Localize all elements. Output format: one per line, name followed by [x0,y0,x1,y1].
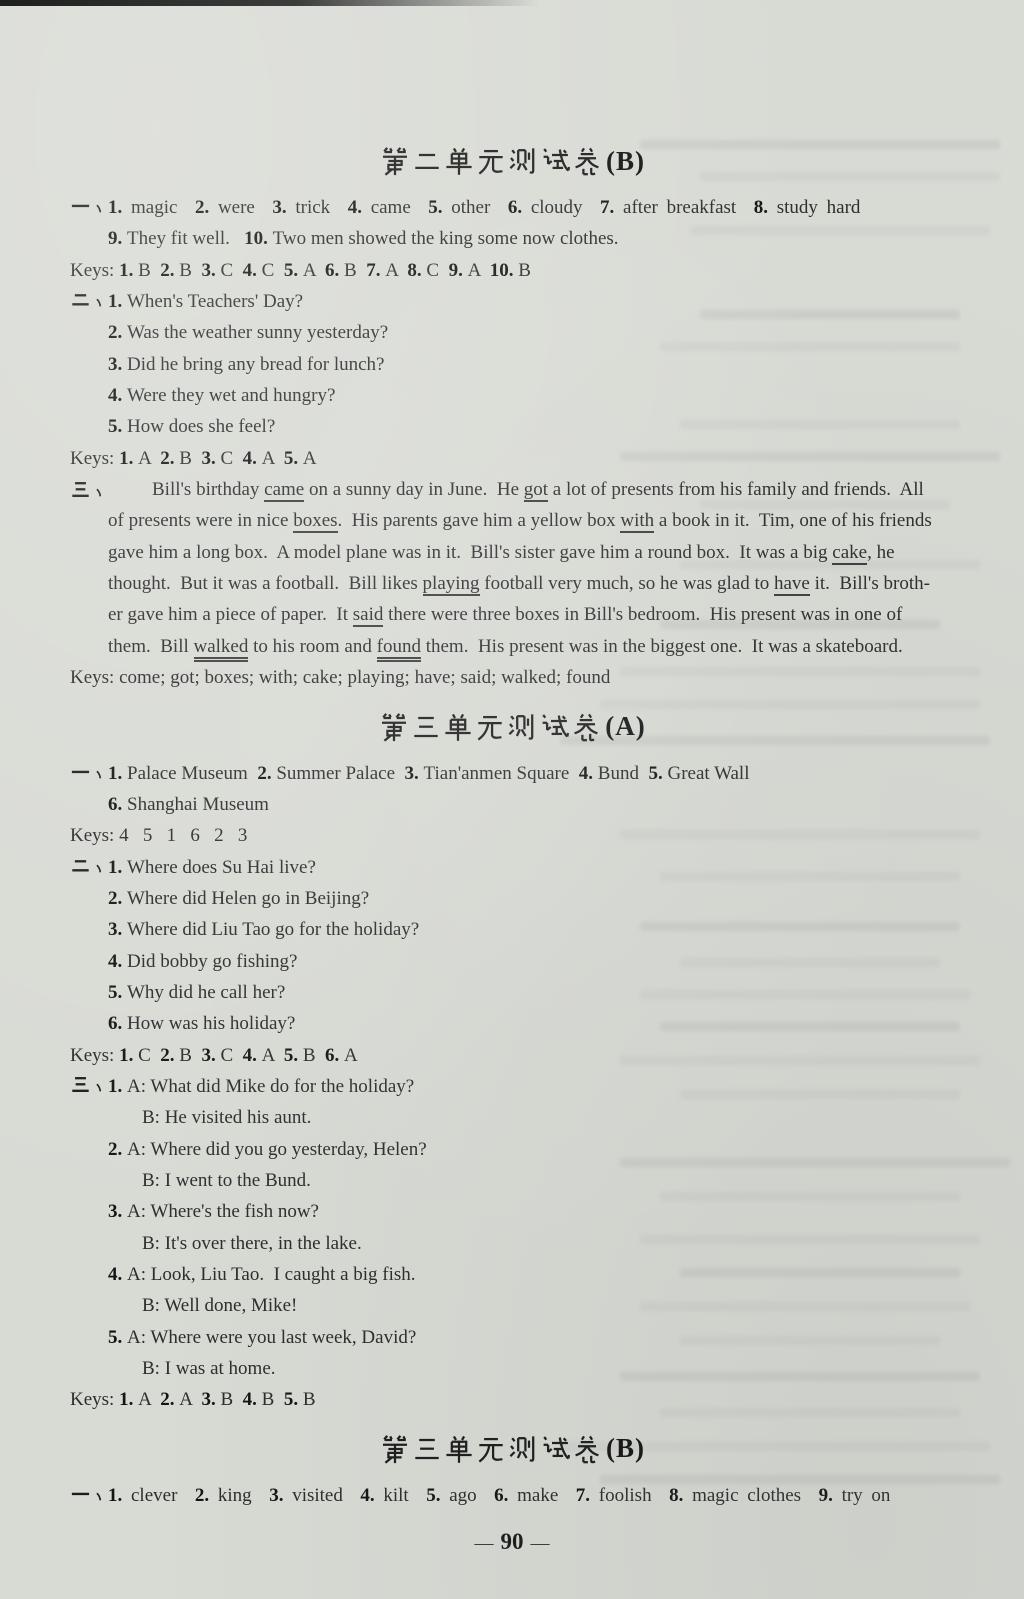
item-number: 5. [426,1485,449,1506]
item-number: 6. [108,794,127,815]
cjk-glyph [93,1082,105,1094]
cjk-glyph [508,146,538,176]
text-run: study hard [777,197,861,218]
item-number: 7. [600,197,623,218]
item-number: 1. [108,1076,127,1097]
text-line: 6. Shanghai Museum [108,789,1024,820]
text-run: Keys: [70,1045,119,1066]
text-run: A [344,1045,358,1066]
text-run: Were they wet and hungry? [127,385,335,406]
page-number-value: 90 [501,1529,524,1555]
text-run: B [179,448,201,469]
item-number: 4. [360,1485,383,1506]
item-number: 4. [108,951,127,972]
item-number: 10. [490,260,519,281]
section-marker [70,852,108,883]
item-number: 7. [576,1485,599,1506]
underlined-answer-word: playing [423,573,480,596]
text-run: A [138,1389,160,1410]
text-run: it. Bill's broth- [810,573,930,594]
text-run: ago [449,1485,494,1506]
text-run: Two men showed the king some now clothes… [273,228,619,249]
text-line: 2. A: Where did you go yesterday, Helen? [108,1134,1024,1165]
item-number: 5. [648,763,667,784]
cjk-glyph [540,146,570,176]
text-run: C [220,448,242,469]
cjk-glyph [571,712,601,742]
item-number: 8. [669,1485,692,1506]
underlined-answer-word: got [524,479,548,502]
cjk-glyph [539,712,569,742]
text-run: C [262,260,284,281]
text-line: 1. clever 2. king 3. visited 4. kilt 5. … [70,1480,1024,1511]
section-title: (B) [0,1428,1024,1470]
text-line: 1. A: What did Mike do for the holiday? [70,1071,1024,1102]
item-number: 6. [494,1485,517,1506]
item-number: 4. [243,1045,262,1066]
text-run: were [218,197,272,218]
text-run: king [218,1485,269,1506]
text-run: Palace Museum [127,763,257,784]
passage-line: er gave him a piece of paper. It said th… [108,599,1024,630]
text-run: C [426,260,448,281]
passage-line: them. Bill walked to his room and found … [108,631,1024,662]
text-run: trick [295,197,347,218]
text-line: 2. Where did Helen go in Beijing? [108,883,1024,914]
item-number: 1. [119,1389,138,1410]
item-number: 3. [201,260,220,281]
item-number: 3. [201,1389,220,1410]
item-number: 8. [754,197,777,218]
text-line: 6. How was his holiday? [108,1008,1024,1039]
text-run: them. Bill [108,636,194,657]
cjk-glyph [380,1434,410,1464]
text-run: When's Teachers' Day? [127,291,303,312]
text-run: A [262,448,284,469]
item-number: 4. [348,197,371,218]
cjk-glyph [572,146,602,176]
item-number: 1. [108,197,131,218]
cjk-glyph [70,1483,91,1504]
text-run: kilt [383,1485,426,1506]
text-run: Where does Su Hai live? [127,857,316,878]
text-run: Great Wall [667,763,749,784]
text-run: thought. But it was a football. Bill lik… [108,573,423,594]
item-number: 5. [284,448,303,469]
footer-dash: — [475,1533,494,1555]
item-number: 9. [449,260,468,281]
underlined-answer-word: found [377,636,421,662]
item-number: 3. [108,354,127,375]
text-line: 1. magic 2. were 3. trick 4. came 5. oth… [70,192,1024,223]
cjk-glyph [93,487,105,499]
item-number: 1. [108,857,127,878]
text-line: 9. They fit well. 10. Two men showed the… [108,223,1024,254]
section-title-suffix: (A) [605,711,645,742]
passage-lines: Bill's birthday came on a sunny day in J… [108,474,1024,662]
item-number: 8. [407,260,426,281]
cjk-glyph [93,769,105,781]
item-number: 9. [108,228,127,249]
text-run: A [138,448,160,469]
item-number: 5. [284,260,303,281]
text-line: 3. Did he bring any bread for lunch? [108,349,1024,380]
text-run: Tian'anmen Square [424,763,579,784]
answer-keys-line: Keys: 1. A 2. B 3. C 4. A 5. A [70,443,1024,474]
text-line: 2. Was the weather sunny yesterday? [108,317,1024,348]
text-line: 4. A: Look, Liu Tao. I caught a big fish… [108,1259,1024,1290]
text-line: 4. Were they wet and hungry? [108,380,1024,411]
item-number: 4. [243,448,262,469]
text-run: magic clothes [692,1485,819,1506]
text-run: C [220,260,242,281]
answer-keys-line: Keys: 1. B 2. B 3. C 4. C 5. A 6. B 7. A… [70,255,1024,286]
cjk-glyph [70,479,91,500]
answer-keys-line: Keys: 1. C 2. B 3. C 4. A 5. B 6. A [70,1040,1024,1071]
item-number: 1. [108,763,127,784]
text-run: B: It's over there, in the lake. [142,1233,362,1254]
text-run: . His parents gave him a yellow box [338,510,621,531]
text-run: there were three boxes in Bill's bedroom… [383,604,902,625]
text-run: after breakfast [623,197,754,218]
underlined-answer-word: came [264,479,304,502]
section-marker [70,286,108,317]
cjk-glyph [93,1491,105,1503]
workbook-answer-page: (B)1. magic 2. were 3. trick 4. came 5. … [0,0,1024,1555]
section-marker [70,1071,108,1102]
text-run: a lot of presents from his family and fr… [548,479,924,500]
text-line: 5. A: Where were you last week, David? [108,1322,1024,1353]
cjk-glyph [572,1434,602,1464]
item-number: 9. [819,1485,842,1506]
item-number: 2. [108,322,127,343]
text-line: 3. Where did Liu Tao go for the holiday? [108,914,1024,945]
text-run: foolish [599,1485,669,1506]
text-run: Keys: [70,448,119,469]
item-number: 6. [108,1013,127,1034]
text-run: A: Where were you last week, David? [127,1327,416,1348]
section-marker [70,1480,108,1511]
cjk-glyph [93,203,105,215]
text-line: 5. Why did he call her? [108,977,1024,1008]
text-run: Bund [598,763,649,784]
text-line: 1. When's Teachers' Day? [70,286,1024,317]
text-line: B: I was at home. [142,1353,1024,1384]
item-number: 5. [108,982,127,1003]
cjk-glyph [475,712,505,742]
item-number: 1. [108,291,127,312]
item-number: 2. [160,1389,179,1410]
cjk-glyph [540,1434,570,1464]
text-run: A [179,1389,201,1410]
text-run: Bill's birthday [152,479,264,500]
text-run: a book in it. Tim, one of his friends [654,510,932,531]
text-run: Shanghai Museum [127,794,269,815]
text-line: 3. A: Where's the fish now? [108,1196,1024,1227]
text-run: of presents were in nice [108,510,293,531]
item-number: 2. [195,197,218,218]
cjk-glyph [476,146,506,176]
item-number: 4. [243,1389,262,1410]
text-run: try on [842,1485,891,1506]
item-number: 4. [243,260,262,281]
text-run: Where did Helen go in Beijing? [127,888,369,909]
text-run: visited [292,1485,360,1506]
item-number: 3. [201,448,220,469]
text-run: A: Where's the fish now? [127,1201,319,1222]
cjk-glyph [70,1074,91,1095]
text-run: them. His present was in the biggest one… [421,636,903,657]
item-number: 2. [160,260,179,281]
item-number: 2. [160,1045,179,1066]
cjk-glyph [93,297,105,309]
text-run: B [262,1389,284,1410]
text-run: B [518,260,531,281]
text-run: A: What did Mike do for the holiday? [127,1076,414,1097]
item-number: 2. [160,448,179,469]
text-run: B [303,1389,316,1410]
underlined-answer-word: cake [832,542,867,565]
text-run: on a sunny day in June. He [304,479,524,500]
footer-dash: — [531,1533,550,1555]
text-run: magic [131,197,195,218]
text-run: 4 5 1 6 2 3 [119,825,247,846]
cjk-glyph [411,712,441,742]
text-run: Was the weather sunny yesterday? [127,322,388,343]
passage-line: Bill's birthday came on a sunny day in J… [108,474,1024,505]
text-run: to his room and [248,636,376,657]
underlined-answer-word: have [774,573,810,596]
underlined-answer-word: said [353,604,384,627]
underlined-answer-word: with [620,510,654,533]
item-number: 3. [272,197,295,218]
section-marker [70,192,108,223]
passage-line: gave him a long box. A model plane was i… [108,537,1024,568]
text-run: football very much, so he was glad to [480,573,774,594]
text-run: Did he bring any bread for lunch? [127,354,384,375]
text-line: B: It's over there, in the lake. [142,1228,1024,1259]
passage-line: thought. But it was a football. Bill lik… [108,568,1024,599]
text-run: C [138,1045,160,1066]
underlined-answer-word: walked [194,636,249,662]
text-run: Summer Palace [276,763,404,784]
answer-keys-line: Keys: 1. A 2. A 3. B 4. B 5. B [70,1384,1024,1415]
cjk-glyph [380,146,410,176]
text-run: B: I went to the Bund. [142,1170,311,1191]
text-run: make [517,1485,576,1506]
text-run: A: Where did you go yesterday, Helen? [127,1139,427,1160]
section-marker [70,758,108,789]
item-number: 5. [108,1327,127,1348]
item-number: 3. [108,919,127,940]
text-run: Keys: [70,1389,119,1410]
text-run: Why did he call her? [127,982,285,1003]
text-line: B: Well done, Mike! [142,1290,1024,1321]
item-number: 1. [108,1485,131,1506]
text-run: Keys: [70,260,119,281]
item-number: 2. [108,1139,127,1160]
item-number: 1. [119,1045,138,1066]
item-number: 10. [244,228,273,249]
cjk-glyph [412,1434,442,1464]
cjk-glyph [70,855,91,876]
cjk-glyph [93,863,105,875]
text-run: B: He visited his aunt. [142,1107,311,1128]
item-number: 3. [108,1201,127,1222]
scan-edge-shadow [0,0,540,6]
item-number: 5. [108,416,127,437]
item-number: 4. [579,763,598,784]
text-line: 4. Did bobby go fishing? [108,946,1024,977]
cjk-glyph [443,712,473,742]
text-run: B: I was at home. [142,1358,276,1379]
text-line: 5. How does she feel? [108,411,1024,442]
item-number: 5. [284,1045,303,1066]
text-run: Where did Liu Tao go for the holiday? [127,919,419,940]
text-run: came [371,197,429,218]
item-number: 2. [257,763,276,784]
text-line: 1. Where does Su Hai live? [70,852,1024,883]
section-marker [70,479,108,502]
cjk-glyph [444,1434,474,1464]
answer-keys-line: Keys: 4 5 1 6 2 3 [70,820,1024,851]
page-number: —90— [0,1529,1024,1555]
item-number: 7. [366,260,385,281]
text-run: A [303,448,317,469]
passage-line: of presents were in nice boxes. His pare… [108,505,1024,536]
item-number: 3. [201,1045,220,1066]
text-line: B: He visited his aunt. [142,1102,1024,1133]
answer-keys-line: Keys: come; got; boxes; with; cake; play… [70,662,1024,693]
text-run: C [220,1045,242,1066]
item-number: 4. [108,385,127,406]
item-number: 5. [284,1389,303,1410]
text-run: , he [867,542,894,563]
cjk-glyph [507,712,537,742]
text-run: A [385,260,407,281]
text-run: Keys: [70,667,119,688]
text-run: A [468,260,490,281]
cloze-passage: Bill's birthday came on a sunny day in J… [70,474,1024,662]
item-number: 1. [119,260,138,281]
section-title: (A) [0,706,1024,748]
text-run: gave him a long box. A model plane was i… [108,542,832,563]
item-number: 6. [508,197,531,218]
section-title-suffix: (B) [606,1433,645,1464]
item-number: 2. [108,888,127,909]
item-number: 1. [119,448,138,469]
item-number: 4. [108,1264,127,1285]
text-run: Keys: [70,825,119,846]
text-line: 1. Palace Museum 2. Summer Palace 3. Tia… [70,758,1024,789]
text-run: A [262,1045,284,1066]
cjk-glyph [70,195,91,216]
text-run: B: Well done, Mike! [142,1295,297,1316]
cjk-glyph [444,146,474,176]
text-run: come; got; boxes; with; cake; playing; h… [119,667,610,688]
item-number: 3. [405,763,424,784]
text-run: B [138,260,160,281]
cjk-glyph [412,146,442,176]
cjk-glyph [379,712,409,742]
cjk-glyph [508,1434,538,1464]
text-run: A: Look, Liu Tao. I caught a big fish. [127,1264,416,1285]
cjk-glyph [476,1434,506,1464]
text-run: er gave him a piece of paper. It [108,604,353,625]
text-run: B [220,1389,242,1410]
text-run: B [179,1045,201,1066]
text-run: How does she feel? [127,416,275,437]
item-number: 6. [325,260,344,281]
text-run: B [344,260,366,281]
cjk-glyph [70,761,91,782]
section-title: (B) [0,140,1024,182]
text-run: Did bobby go fishing? [127,951,297,972]
text-line: B: I went to the Bund. [142,1165,1024,1196]
text-run: B [303,1045,325,1066]
item-number: 6. [325,1045,344,1066]
text-run: They fit well. [127,228,244,249]
item-number: 5. [428,197,451,218]
text-run: B [179,260,201,281]
text-run: How was his holiday? [127,1013,295,1034]
text-run: other [451,197,508,218]
section-title-suffix: (B) [606,146,645,177]
underlined-answer-word: boxes [293,510,337,533]
text-run: cloudy [531,197,600,218]
item-number: 3. [269,1485,292,1506]
text-run: clever [131,1485,195,1506]
cjk-glyph [70,289,91,310]
text-run: A [303,260,325,281]
item-number: 2. [195,1485,218,1506]
